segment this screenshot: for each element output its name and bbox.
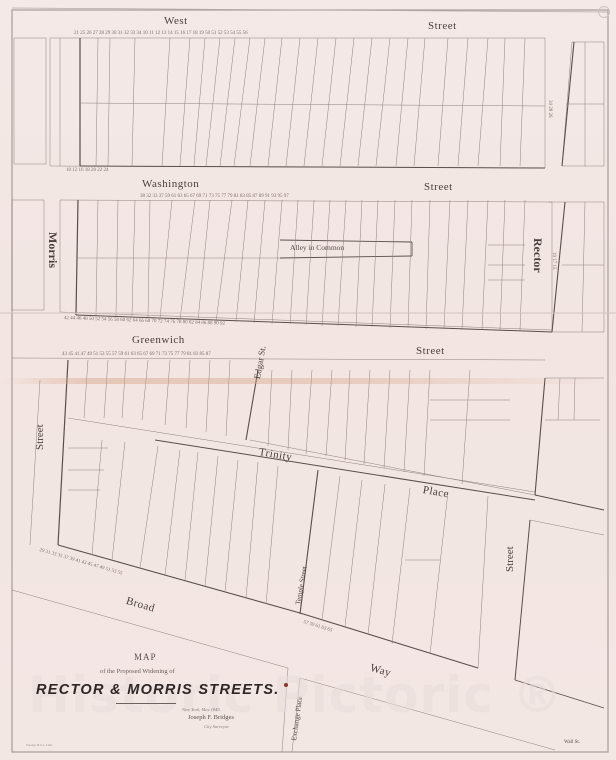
street-label-new-street: Street bbox=[504, 546, 516, 572]
street-label-wall-st: Wall St. bbox=[564, 740, 580, 745]
street-label-washington: Washington bbox=[142, 178, 199, 190]
historic-map: ® West Street Washington Street Greenwic… bbox=[0, 0, 616, 760]
date-line: New York, May 1849. bbox=[182, 707, 221, 712]
street-label-greenwich: Greenwich bbox=[132, 334, 185, 346]
paper-stain bbox=[0, 378, 616, 384]
survey-marker-icon bbox=[284, 683, 288, 687]
title-heading: MAP bbox=[134, 652, 157, 662]
paper-fold bbox=[0, 312, 616, 314]
lot-numbers-west-right: 30 28 26 bbox=[547, 100, 552, 118]
street-label-morris: Morris bbox=[45, 232, 60, 268]
lot-numbers-washington-top: 38 32 33 37 59 61 63 65 67 69 71 73 75 7… bbox=[140, 194, 289, 199]
street-label-west-street: Street bbox=[428, 20, 457, 32]
street-label-rector: Rector bbox=[530, 238, 545, 273]
lot-numbers-west-street-bottom: 10 12 16 18 20 22 24 bbox=[66, 168, 109, 173]
title-subheading: of the Proposed Widening of bbox=[100, 668, 175, 675]
title-rule bbox=[116, 703, 176, 704]
street-label-greenwich-street: Street bbox=[416, 345, 445, 357]
surveyor-name: Joseph F. Bridges bbox=[188, 714, 234, 721]
lot-numbers-rector: 19 17 15 bbox=[551, 252, 556, 270]
street-label-morris-lower: Street bbox=[34, 424, 46, 450]
surveyor-title: City Surveyor. bbox=[204, 724, 230, 729]
lot-numbers-west-street-top: 21 25 26 27 28 29 30 31 32 33 34 10 11 1… bbox=[74, 31, 248, 36]
alley-in-common-label: Alley in Common bbox=[290, 243, 344, 252]
title-main: RECTOR & MORRIS STREETS. bbox=[36, 682, 280, 698]
lithographer-credit: Sarony & Co. Lith. bbox=[26, 743, 53, 747]
lot-numbers-greenwich-top: 43 45 41 47 49 51 53 55 57 59 61 63 65 6… bbox=[62, 352, 211, 357]
street-label-west: West bbox=[164, 15, 188, 27]
registered-mark-icon: ® bbox=[598, 6, 610, 18]
street-label-washington-street: Street bbox=[424, 181, 453, 193]
